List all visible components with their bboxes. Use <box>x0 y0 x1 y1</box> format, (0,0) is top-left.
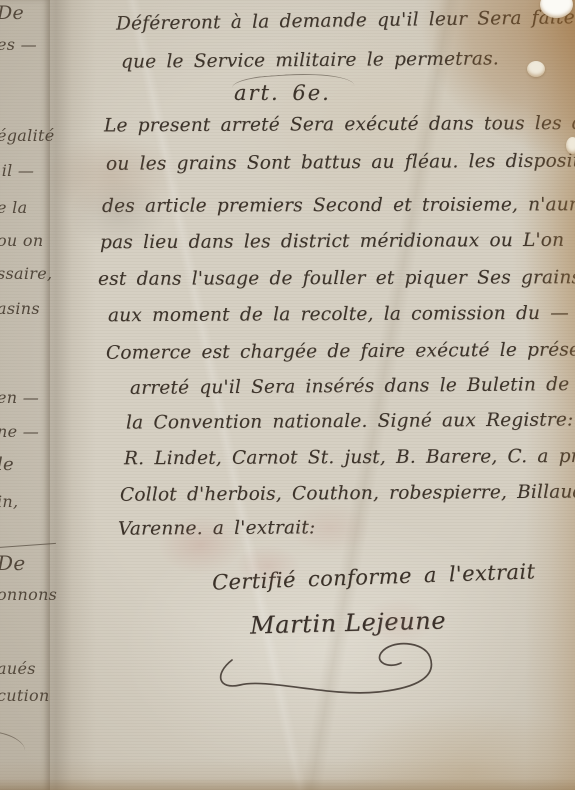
article-heading: art. 6e. <box>234 81 331 105</box>
certification-line: Certifié conforme a l'extrait <box>212 559 536 594</box>
margin-fragment: égalité <box>0 126 54 145</box>
manuscript-line: pas lieu dans les district méridionaux o… <box>100 230 564 253</box>
margin-fragment: 'il — <box>0 161 34 180</box>
paper-hole <box>566 137 575 154</box>
margin-fragment: cution <box>0 686 50 705</box>
margin-fragment: es — <box>0 35 37 54</box>
signatories-line: R. Lindet, Carnot St. just, B. Barere, C… <box>124 446 575 470</box>
margin-fragment: le <box>0 454 14 475</box>
manuscript-page: De es — égalité 'il — e la ou on ssaire,… <box>0 0 575 790</box>
signatories-line: Collot d'herbois, Couthon, robespierre, … <box>120 481 575 505</box>
manuscript-line: Déféreront à la demande qu'il leur Sera … <box>116 6 575 34</box>
manuscript-line: Le present arreté Sera exécuté dans tous… <box>104 113 575 137</box>
margin-fragment: De <box>0 2 24 24</box>
margin-fragment: en — <box>0 388 39 407</box>
manuscript-line: arreté qu'il Sera insérés dans le Buleti… <box>130 374 569 399</box>
paper-hole <box>527 61 545 77</box>
manuscript-line: Comerce est chargée de faire exécuté le … <box>106 339 575 363</box>
margin-fragment: ssaire, <box>0 264 52 283</box>
signatories-line: Varenne. a l'extrait: <box>118 517 316 539</box>
margin-fragment: ou on <box>0 231 43 250</box>
margin-fragment: onnons <box>0 585 57 604</box>
margin-pen-flourish <box>0 731 27 751</box>
signature-flourish-stroke <box>210 634 450 704</box>
margin-fragment: De <box>0 551 25 575</box>
margin-fragment: e la <box>0 198 27 217</box>
manuscript-line: ou les grains Sont battus au fléau. les … <box>106 150 575 175</box>
margin-pen-stroke <box>0 543 56 548</box>
manuscript-line: est dans l'usage de fouller et piquer Se… <box>98 267 575 290</box>
manuscript-line: que le Service militaire le permetras. <box>121 48 499 72</box>
manuscript-line: la Convention nationale. Signé aux Regis… <box>126 409 574 433</box>
margin-fragment: aués <box>0 659 36 678</box>
manuscript-line: aux moment de la recolte, la comission d… <box>108 303 569 326</box>
margin-fragment: ne — <box>0 422 39 441</box>
previous-page-edge: De es — égalité 'il — e la ou on ssaire,… <box>0 0 50 790</box>
manuscript-line: des article premiers Second et troisieme… <box>102 194 575 217</box>
margin-fragment: asins <box>0 299 40 318</box>
margin-fragment: in, <box>0 492 18 511</box>
